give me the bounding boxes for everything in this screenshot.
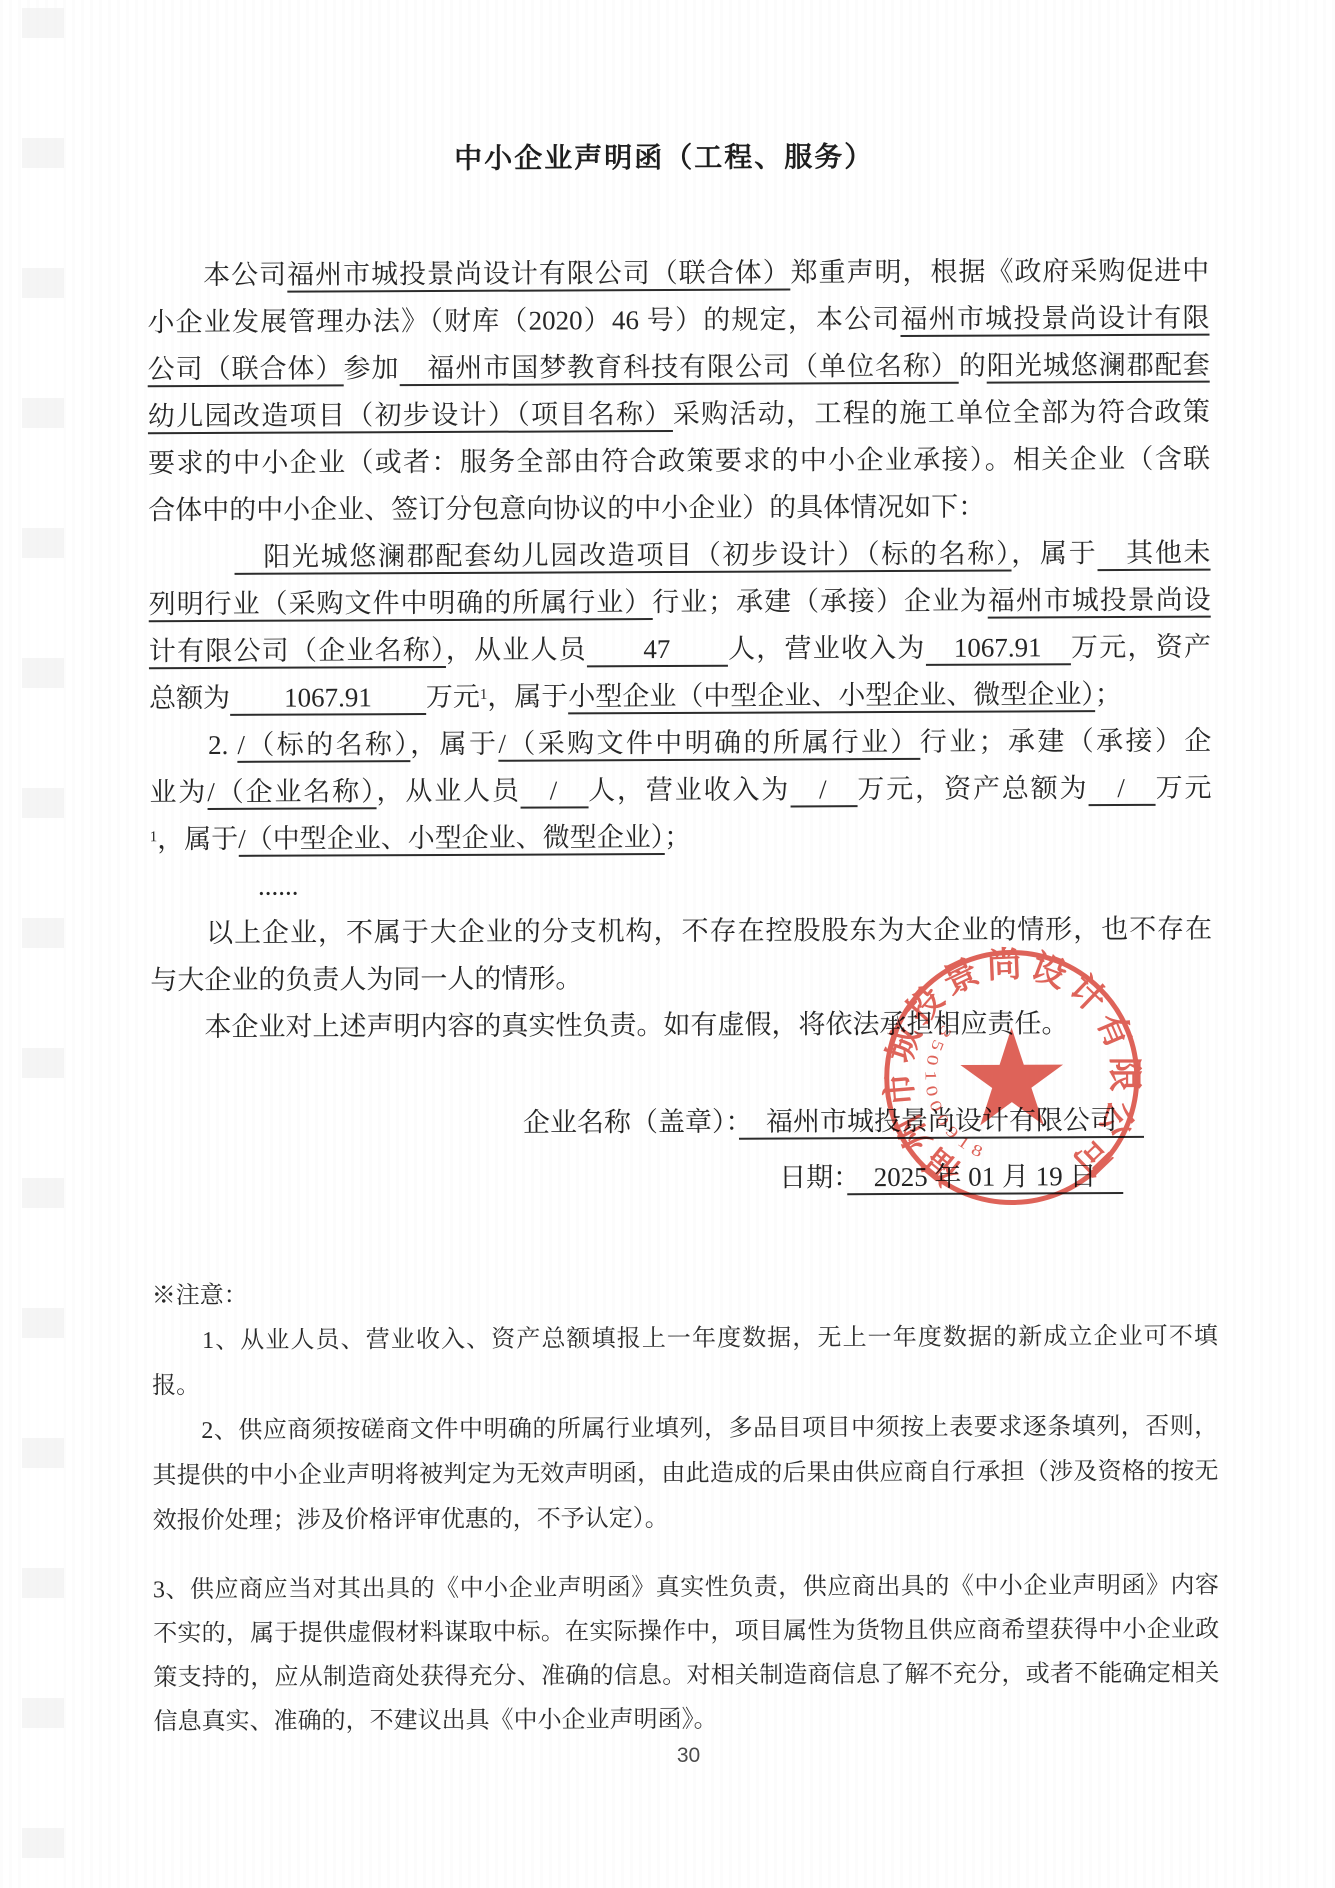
body-line: 以上企业，不属于大企业的分支机构，不存在控股股东为大企业的情形，也不存在 — [150, 906, 1212, 958]
text-segment: 郑重声明，根据《政府采购促进中 — [791, 256, 1210, 288]
note-item-3: 3、供应商应当对其出具的《中小企业声明函》真实性负责，供应商出具的《中小企业声明… — [153, 1564, 1220, 1745]
text-segment: ，属于 — [487, 681, 568, 711]
body-line: 列明行业（采购文件中明确的所属行业）行业；承建（承接）企业为福州市城投景尚设 — [149, 577, 1211, 629]
underlined-field: 其他未 — [1097, 538, 1210, 571]
text-segment: 万元 — [426, 682, 480, 712]
text-segment: 行业；承建（承接）企 — [920, 726, 1212, 757]
body-line: 与大企业的负责人为同一人的情形。 — [150, 953, 1212, 1005]
text-segment: 与大企业的负责人为同一人的情形。 — [150, 963, 582, 995]
text-segment: ，从业人员 — [446, 634, 587, 665]
body-line: ...... — [150, 859, 1212, 911]
body-line: 合体中的中小企业、签订分包意向协议的中小企业）的具体情况如下： — [148, 483, 1210, 535]
text-segment: 小企业发展管理办法》（财库（2020）46 号）的规定，本公司 — [147, 304, 900, 337]
body-line: 2. /（标的名称），属于/（采购文件中明确的所属行业）行业；承建（承接）企 — [149, 718, 1211, 770]
text-segment: 本企业对上述声明内容的真实性负责。如有虚假，将依法承担相应责任。 — [150, 1008, 1068, 1042]
underlined-field: 1067.91 — [230, 682, 426, 716]
body-line: 要求的中小企业（或者：服务全部由符合政策要求的中小企业承接）。相关企业（含联 — [148, 436, 1210, 488]
text-segment: 万元，资产总额为 — [857, 773, 1088, 804]
text-segment: 合体中的中小企业、签订分包意向协议的中小企业）的具体情况如下： — [148, 492, 985, 526]
body-line: 本公司福州市城投景尚设计有限公司（联合体）郑重声明，根据《政府采购促进中 — [147, 248, 1209, 300]
body-line: 公司（联合体）参加 福州市国梦教育科技有限公司（单位名称）的阳光城悠澜郡配套 — [148, 342, 1210, 394]
underlined-field: /（中型企业、小型企业、微型企业） — [238, 822, 664, 857]
underlined-field: 公司（联合体） — [148, 353, 344, 387]
underlined-field: /（采购文件中明确的所属行业） — [498, 727, 920, 762]
underlined-field: /（标的名称） — [237, 729, 410, 763]
underlined-field: / — [790, 774, 857, 807]
text-segment: 参加 — [343, 353, 399, 383]
text-segment: 业为 — [149, 777, 207, 807]
date-field: 2025 年 01 月 19 日 — [847, 1161, 1124, 1195]
body-line: 1，属于/（中型企业、小型企业、微型企业）； — [150, 812, 1212, 864]
text-segment: 人，营业收入为 — [588, 774, 790, 805]
text-segment: ； — [1095, 679, 1122, 709]
text-segment: ； — [664, 822, 691, 852]
text-segment: 以上企业，不属于大企业的分支机构，不存在控股股东为大企业的情形，也不存在 — [150, 914, 1212, 949]
note-item-1: 1、从业人员、营业收入、资产总额填报上一年度数据，无上一年度数据的新成立企业可不… — [152, 1315, 1218, 1410]
underlined-field: 福州市城投景尚设计有限公司（联合体） — [287, 257, 791, 292]
text-segment: 行业；承建（承接）企业为 — [652, 586, 988, 617]
company-seal-label: 企业名称（盖章）： — [523, 1107, 739, 1138]
text-segment: 采购活动，工程的施工单位全部为符合政策 — [673, 397, 1210, 429]
body-line: 阳光城悠澜郡配套幼儿园改造项目（初步设计）（标的名称），属于 其他未 — [148, 530, 1210, 582]
date-label: 日期： — [779, 1162, 847, 1192]
date-signature-line: 日期： 2025 年 01 月 19 日 — [779, 1156, 1123, 1198]
body-line: 本企业对上述声明内容的真实性负责。如有虚假，将依法承担相应责任。 — [150, 1000, 1212, 1052]
page-title: 中小企业声明函（工程、服务） — [0, 133, 1332, 179]
notes-heading: ※注意： — [152, 1270, 1218, 1320]
body-line: 总额为 1067.91 万元1，属于小型企业（中型企业、小型企业、微型企业）； — [149, 671, 1211, 723]
text-segment: 2. — [149, 730, 237, 760]
text-segment: 总额为 — [149, 683, 230, 713]
text-segment: ，属于 — [157, 824, 238, 854]
scanned-content: 中小企业声明函（工程、服务） 本公司福州市城投景尚设计有限公司（联合体）郑重声明… — [0, 0, 1335, 1888]
underlined-field: 小型企业（中型企业、小型企业、微型企业） — [568, 679, 1095, 714]
underlined-field: 1067.91 — [926, 632, 1072, 666]
text-segment: ，属于 — [410, 729, 498, 759]
text-segment: ，属于 — [1011, 538, 1097, 568]
text-segment: 万元，资产 — [1071, 632, 1211, 663]
body-line: 业为/（企业名称），从业人员 / 人，营业收入为 / 万元，资产总额为 / 万元 — [149, 765, 1211, 817]
underlined-field: / — [521, 775, 588, 808]
underlined-field: 福州市城投景尚设 — [988, 585, 1211, 619]
text-segment: 的 — [959, 351, 987, 381]
body-line: 幼儿园改造项目（初步设计）（项目名称）采购活动，工程的施工单位全部为符合政策 — [148, 389, 1210, 441]
page-number: 30 — [0, 1744, 1335, 1768]
text-segment: ，从业人员 — [376, 776, 521, 807]
text-segment: 本公司 — [147, 260, 287, 291]
underlined-field: 阳光城悠澜郡配套 — [987, 350, 1210, 384]
text-segment: 要求的中小企业（或者：服务全部由符合政策要求的中小企业承接）。相关企业（含联 — [148, 444, 1210, 479]
declaration-body: 本公司福州市城投景尚设计有限公司（联合体）郑重声明，根据《政府采购促进中小企业发… — [147, 248, 1212, 1052]
text-segment: 人，营业收入为 — [728, 633, 926, 664]
underlined-field: 福州市城投景尚设计有限 — [900, 303, 1209, 337]
underlined-field: 47 — [587, 634, 728, 668]
underlined-field: /（企业名称） — [207, 776, 376, 810]
superscript-note-ref: 1 — [150, 829, 158, 845]
body-line: 小企业发展管理办法》（财库（2020）46 号）的规定，本公司福州市城投景尚设计… — [147, 295, 1209, 347]
document-page: 中小企业声明函（工程、服务） 本公司福州市城投景尚设计有限公司（联合体）郑重声明… — [0, 0, 1335, 1888]
underlined-field: 计有限公司（企业名称） — [149, 635, 446, 669]
notes-section: ※注意： 1、从业人员、营业收入、资产总额填报上一年度数据，无上一年度数据的新成… — [152, 1270, 1220, 1745]
underlined-field: 列明行业（采购文件中明确的所属行业） — [149, 587, 653, 622]
company-name-field: 福州市城投景尚设计有限公司 — [739, 1105, 1144, 1140]
text-segment — [148, 542, 234, 572]
text-segment: 万元 — [1156, 773, 1212, 803]
underlined-field: / — [1088, 773, 1155, 806]
underlined-field: 福州市国梦教育科技有限公司（单位名称） — [399, 351, 959, 386]
text-segment: ...... — [150, 871, 299, 902]
note-item-2: 2、供应商须按磋商文件中明确的所属行业填列，多品目项目中须按上表要求逐条填列，否… — [152, 1405, 1219, 1545]
body-line: 计有限公司（企业名称），从业人员 47 人，营业收入为 1067.91 万元，资… — [149, 624, 1211, 676]
underlined-field: 幼儿园改造项目（初步设计）（项目名称） — [148, 399, 673, 434]
underlined-field: 阳光城悠澜郡配套幼儿园改造项目（初步设计）（标的名称） — [235, 538, 1012, 574]
company-signature-line: 企业名称（盖章）： 福州市城投景尚设计有限公司 — [523, 1100, 1144, 1143]
